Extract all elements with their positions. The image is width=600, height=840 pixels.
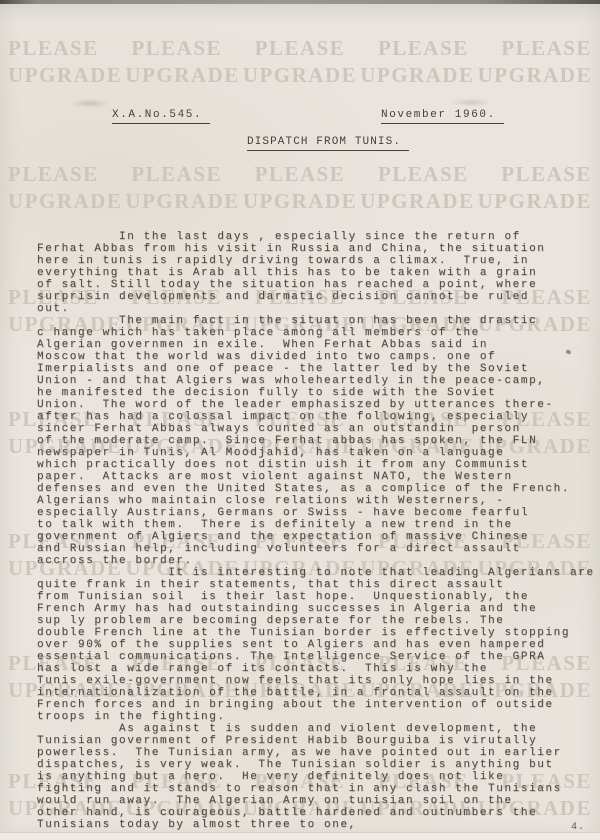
paragraph: The main fact in the situat on has been … bbox=[37, 315, 592, 567]
scan-top-edge bbox=[0, 0, 600, 4]
paragraph: It is interesting to note that leading A… bbox=[37, 567, 592, 723]
watermark-text: UPGRADEUPGRADEUPGRADEUPGRADEUPGRADE bbox=[8, 65, 592, 86]
watermark-text: UPGRADEUPGRADEUPGRADEUPGRADEUPGRADE bbox=[8, 191, 592, 212]
document-title: DISPATCH FROM TUNIS. bbox=[247, 136, 409, 151]
ink-smudge bbox=[70, 100, 110, 107]
document-title-row: DISPATCH FROM TUNIS. bbox=[247, 136, 409, 148]
ink-smudge bbox=[450, 99, 492, 106]
watermark-text: PLEASEPLEASEPLEASEPLEASEPLEASE bbox=[8, 38, 592, 59]
document-body: In the last days , especially since the … bbox=[37, 231, 592, 831]
scan-bottom-edge bbox=[0, 832, 600, 840]
document-date: November 1960. bbox=[381, 109, 504, 124]
document-page: PLEASEPLEASEPLEASEPLEASEPLEASEUPGRADEUPG… bbox=[0, 0, 600, 840]
paragraph: As against t is sudden and violent devel… bbox=[37, 723, 592, 831]
document-reference: X.A.No.545. bbox=[112, 109, 210, 124]
paragraph: In the last days , especially since the … bbox=[37, 231, 592, 315]
watermark-text: PLEASEPLEASEPLEASEPLEASEPLEASE bbox=[8, 164, 592, 185]
